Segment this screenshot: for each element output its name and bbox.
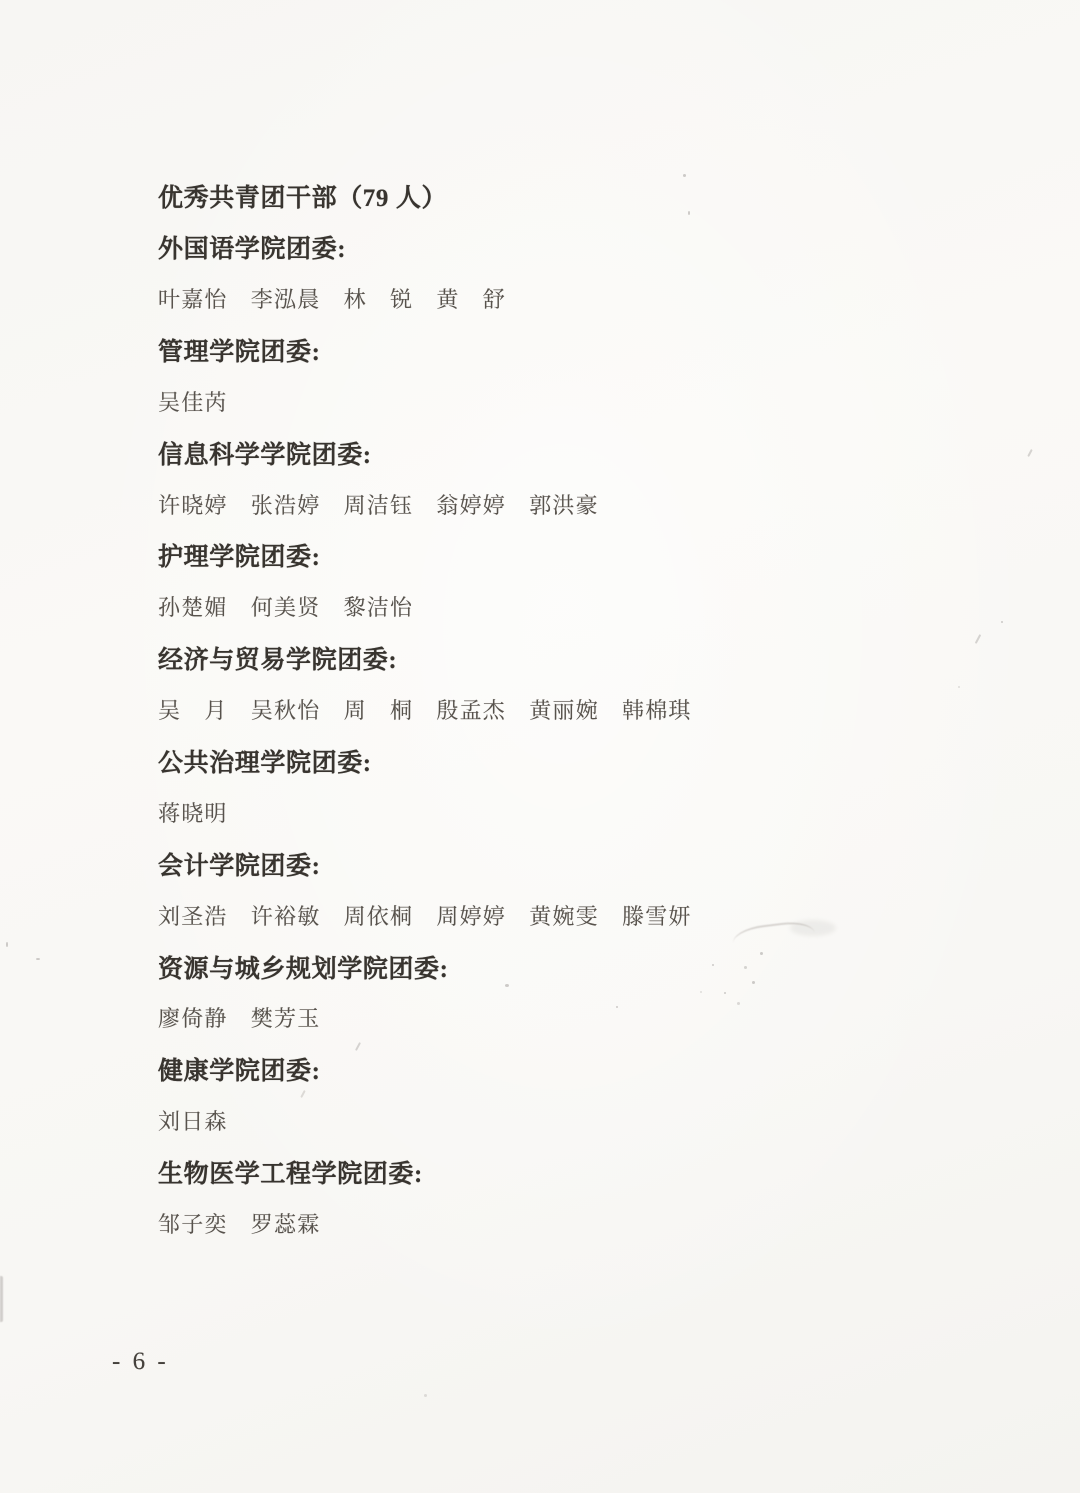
- section-heading-management: 管理学院团委:: [158, 324, 1040, 375]
- section-heading-information-science: 信息科学学院团委:: [158, 427, 1040, 478]
- section-heading-nursing: 护理学院团委:: [158, 530, 1040, 581]
- section-heading-foreign-languages: 外国语学院团委:: [158, 221, 1040, 272]
- section-heading-biomedical-engineering: 生物医学工程学院团委:: [158, 1146, 1040, 1197]
- scan-artifact: [6, 942, 8, 947]
- scanned-document-page: 优秀共青团干部（79 人） 外国语学院团委: 叶嘉怡 李泓晨 林 锐 黄 舒 管…: [0, 0, 1080, 1493]
- section-names-foreign-languages: 叶嘉怡 李泓晨 林 锐 黄 舒: [158, 273, 1040, 324]
- section-names-resources-urban-planning: 廖倚静 樊芳玉: [158, 992, 1040, 1043]
- page-number: - 6 -: [112, 1348, 169, 1376]
- section-names-health: 刘日森: [158, 1095, 1040, 1146]
- section-names-biomedical-engineering: 邹子奕 罗蕊霖: [158, 1198, 1040, 1249]
- scan-artifact: [0, 1276, 3, 1322]
- section-names-accounting: 刘圣浩 许裕敏 周依桐 周婷婷 黄婉雯 滕雪妍: [158, 889, 1040, 940]
- section-heading-resources-urban-planning: 资源与城乡规划学院团委:: [158, 941, 1040, 992]
- section-names-information-science: 许晓婷 张浩婷 周洁钰 翁婷婷 郭洪豪: [158, 478, 1040, 529]
- section-heading-health: 健康学院团委:: [158, 1044, 1040, 1095]
- section-names-management: 吴佳芮: [158, 376, 1040, 427]
- scan-artifact: [424, 1394, 427, 1397]
- page-title: 优秀共青团干部（79 人）: [158, 170, 1040, 221]
- section-names-nursing: 孙楚媚 何美贤 黎洁怡: [158, 581, 1040, 632]
- section-heading-accounting: 会计学院团委:: [158, 838, 1040, 889]
- document-content: 优秀共青团干部（79 人） 外国语学院团委: 叶嘉怡 李泓晨 林 锐 黄 舒 管…: [158, 170, 1040, 1249]
- section-names-public-governance: 蒋晓明: [158, 787, 1040, 838]
- section-names-economics-trade: 吴 月 吴秋怡 周 桐 殷孟杰 黄丽婉 韩棉琪: [158, 684, 1040, 735]
- section-heading-public-governance: 公共治理学院团委:: [158, 735, 1040, 786]
- section-heading-economics-trade: 经济与贸易学院团委:: [158, 633, 1040, 684]
- scan-artifact: [36, 958, 40, 960]
